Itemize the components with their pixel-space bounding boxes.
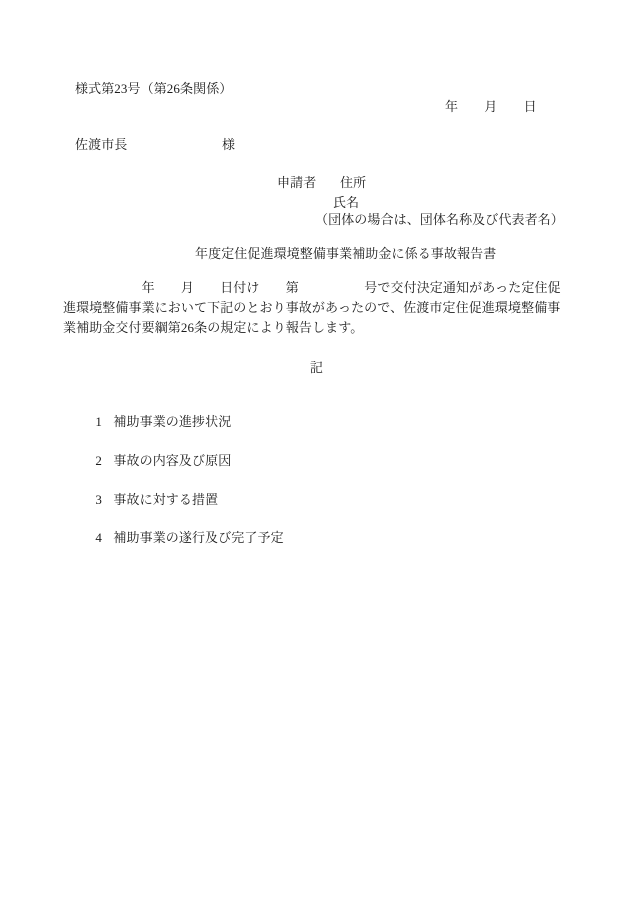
applicant-group-note: （団体の場合は、団体名称及び代表者名） — [315, 212, 564, 228]
applicant-label: 申請者 — [277, 175, 316, 191]
addressee-honorific: 様 — [222, 137, 235, 153]
body-line-2: 進環境整備事業において下記のとおり事故があったので、佐渡市定住促進環境整備事 — [63, 300, 560, 316]
numbered-item: 4補助事業の遂行及び完了予定 — [82, 514, 284, 563]
date-line: 年 月 日 — [445, 99, 537, 115]
body-line-1: 年 月 日付け 第 号で交付決定通知があった定住促 — [63, 280, 561, 296]
item-label: 事故に対する措置 — [113, 492, 218, 507]
item-number: 4 — [95, 530, 113, 546]
applicant-name-label: 氏名 — [333, 195, 359, 211]
item-number: 2 — [95, 453, 113, 469]
item-label: 補助事業の進捗状況 — [113, 414, 231, 429]
list-marker-ki: 記 — [310, 360, 323, 376]
item-label: 事故の内容及び原因 — [113, 453, 231, 468]
body-line-3: 業補助金交付要綱第26条の規定により報告します。 — [63, 320, 363, 336]
item-number: 3 — [95, 492, 113, 508]
item-number: 1 — [95, 414, 113, 430]
form-number: 様式第23号（第26条関係） — [75, 81, 232, 97]
item-label: 補助事業の遂行及び完了予定 — [113, 530, 283, 545]
applicant-address-label: 住所 — [340, 175, 366, 191]
document-page: 様式第23号（第26条関係） 年 月 日 佐渡市長 様 申請者 住所 氏名 （団… — [0, 0, 630, 903]
addressee-name: 佐渡市長 — [75, 137, 127, 153]
document-title: 年度定住促進環境整備事業補助金に係る事故報告書 — [195, 246, 496, 262]
